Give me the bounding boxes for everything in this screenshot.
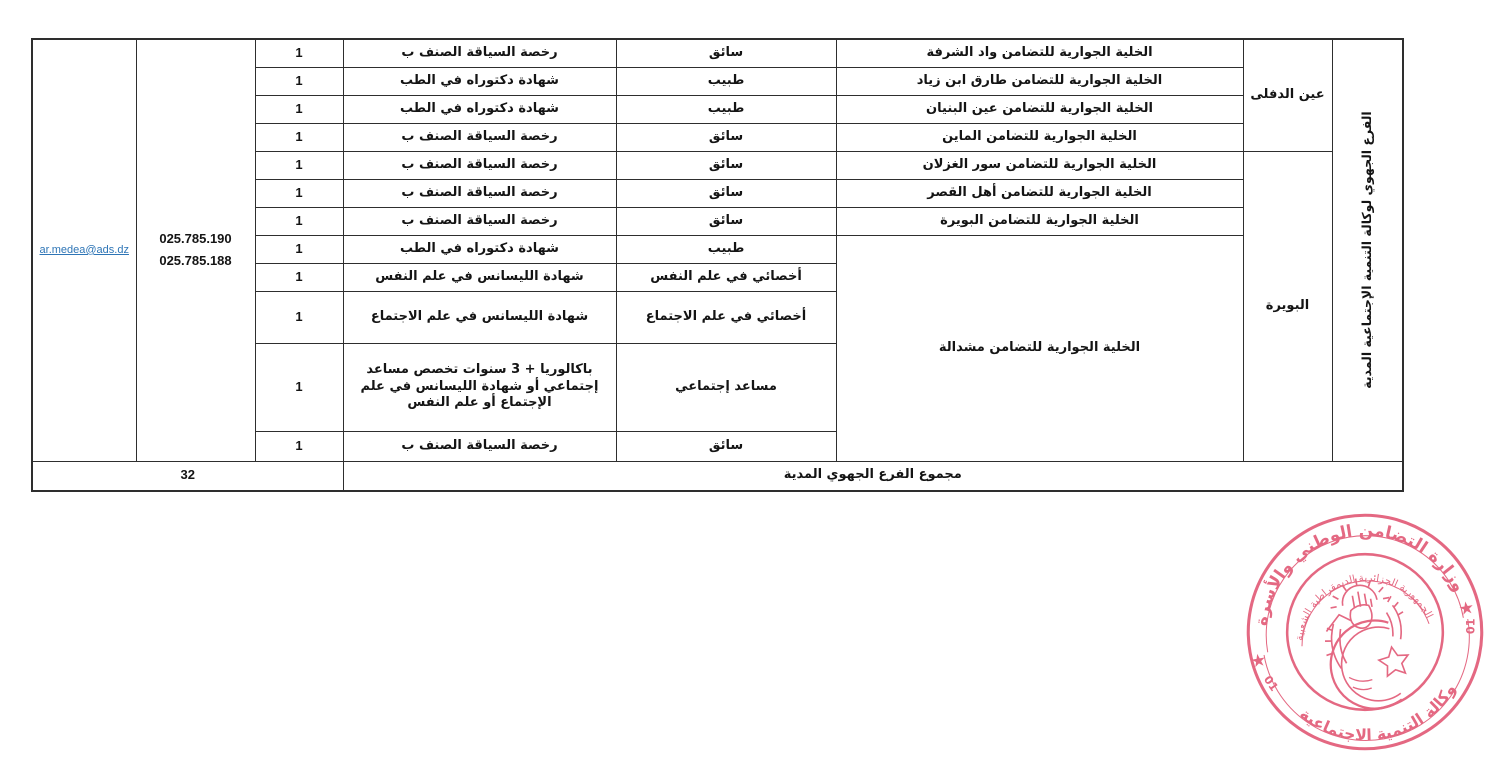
stamp-bottom-text: وكالة التنمية الاجتماعية	[1294, 678, 1466, 758]
qualification: رخصة السياقة الصنف ب	[343, 123, 616, 151]
headcount: 1	[255, 431, 343, 461]
phone-number-1: 025.785.190	[141, 231, 251, 248]
total-value: 32	[32, 461, 343, 491]
qualification: رخصة السياقة الصنف ب	[343, 431, 616, 461]
branch-column: الفرع الجهوي لوكالة التنمية الإجتماعية ا…	[1332, 39, 1403, 461]
job-title: سائق	[616, 151, 836, 179]
email-link[interactable]: ar.medea@ads.dz	[40, 244, 129, 256]
headcount: 1	[255, 95, 343, 123]
cell-name: الخلية الجوارية للتضامن الماين	[836, 123, 1243, 151]
cell-name: الخلية الجوارية للتضامن واد الشرفة	[836, 39, 1243, 67]
headcount: 1	[255, 67, 343, 95]
headcount: 1	[255, 207, 343, 235]
qualification: شهادة دكتوراه في الطب	[343, 235, 616, 263]
qualification: شهادة الليسانس في علم النفس	[343, 263, 616, 291]
stamp-right-number: 01	[1465, 618, 1478, 634]
cell-name: الخلية الجوارية للتضامن أهل القصر	[836, 179, 1243, 207]
phone-number-2: 025.785.188	[141, 253, 251, 270]
job-title: طبيب	[616, 235, 836, 263]
stamp-top-text: وزارة التضامن الوطني والأسرة	[1236, 502, 1471, 630]
email-cell: ar.medea@ads.dz	[32, 39, 136, 461]
branch-label: الفرع الجهوي لوكالة التنمية الإجتماعية ا…	[1359, 112, 1375, 389]
qualification: رخصة السياقة الصنف ب	[343, 151, 616, 179]
total-label: مجموع الفرع الجهوي المدية	[343, 461, 1403, 491]
job-title: سائق	[616, 207, 836, 235]
job-title: أخصائي في علم الاجتماع	[616, 291, 836, 343]
stamp-right-star-icon: ★	[1457, 598, 1476, 620]
job-title: طبيب	[616, 95, 836, 123]
headcount: 1	[255, 123, 343, 151]
job-title: مساعد إجتماعي	[616, 343, 836, 431]
emblem-star-icon	[1377, 645, 1411, 678]
qualification: شهادة دكتوراه في الطب	[343, 95, 616, 123]
qualification: رخصة السياقة الصنف ب	[343, 207, 616, 235]
job-title: طبيب	[616, 67, 836, 95]
cell-name: الخلية الجوارية للتضامن سور الغزلان	[836, 151, 1243, 179]
job-title: سائق	[616, 123, 836, 151]
stamp-left-star-icon: ★	[1249, 650, 1268, 672]
qualification: رخصة السياقة الصنف ب	[343, 179, 616, 207]
headcount: 1	[255, 291, 343, 343]
emblem-crescent-icon	[1324, 618, 1403, 716]
cell-name: الخلية الجوارية للتضامن البويرة	[836, 207, 1243, 235]
headcount: 1	[255, 235, 343, 263]
headcount: 1	[255, 343, 343, 431]
qualification: باكالوريا + 3 سنوات تخصص مساعد إجتماعي أ…	[343, 343, 616, 431]
table-row: الفرع الجهوي لوكالة التنمية الإجتماعية ا…	[32, 39, 1403, 67]
official-stamp: وزارة التضامن الوطني والأسرة وكالة التنم…	[1217, 484, 1506, 781]
job-title: سائق	[616, 431, 836, 461]
cell-name: الخلية الجوارية للتضامن عين البنيان	[836, 95, 1243, 123]
cell-name: الخلية الجوارية للتضامن طارق ابن زياد	[836, 67, 1243, 95]
cell-name-merged: الخلية الجوارية للتضامن مشدالة	[836, 235, 1243, 461]
qualification: شهادة دكتوراه في الطب	[343, 67, 616, 95]
document-page: الفرع الجهوي لوكالة التنمية الإجتماعية ا…	[0, 0, 1506, 783]
headcount: 1	[255, 151, 343, 179]
job-title: أخصائي في علم النفس	[616, 263, 836, 291]
qualification: شهادة الليسانس في علم الاجتماع	[343, 291, 616, 343]
total-row: مجموع الفرع الجهوي المدية 32	[32, 461, 1403, 491]
qualification: رخصة السياقة الصنف ب	[343, 39, 616, 67]
phone-cell: 025.785.190 025.785.188	[136, 39, 255, 461]
region-ain-defla: عين الدفلى	[1243, 39, 1332, 151]
headcount: 1	[255, 179, 343, 207]
recruitment-table: الفرع الجهوي لوكالة التنمية الإجتماعية ا…	[31, 38, 1404, 492]
region-bouira: البويرة	[1243, 151, 1332, 461]
headcount: 1	[255, 263, 343, 291]
headcount: 1	[255, 39, 343, 67]
job-title: سائق	[616, 179, 836, 207]
job-title: سائق	[616, 39, 836, 67]
